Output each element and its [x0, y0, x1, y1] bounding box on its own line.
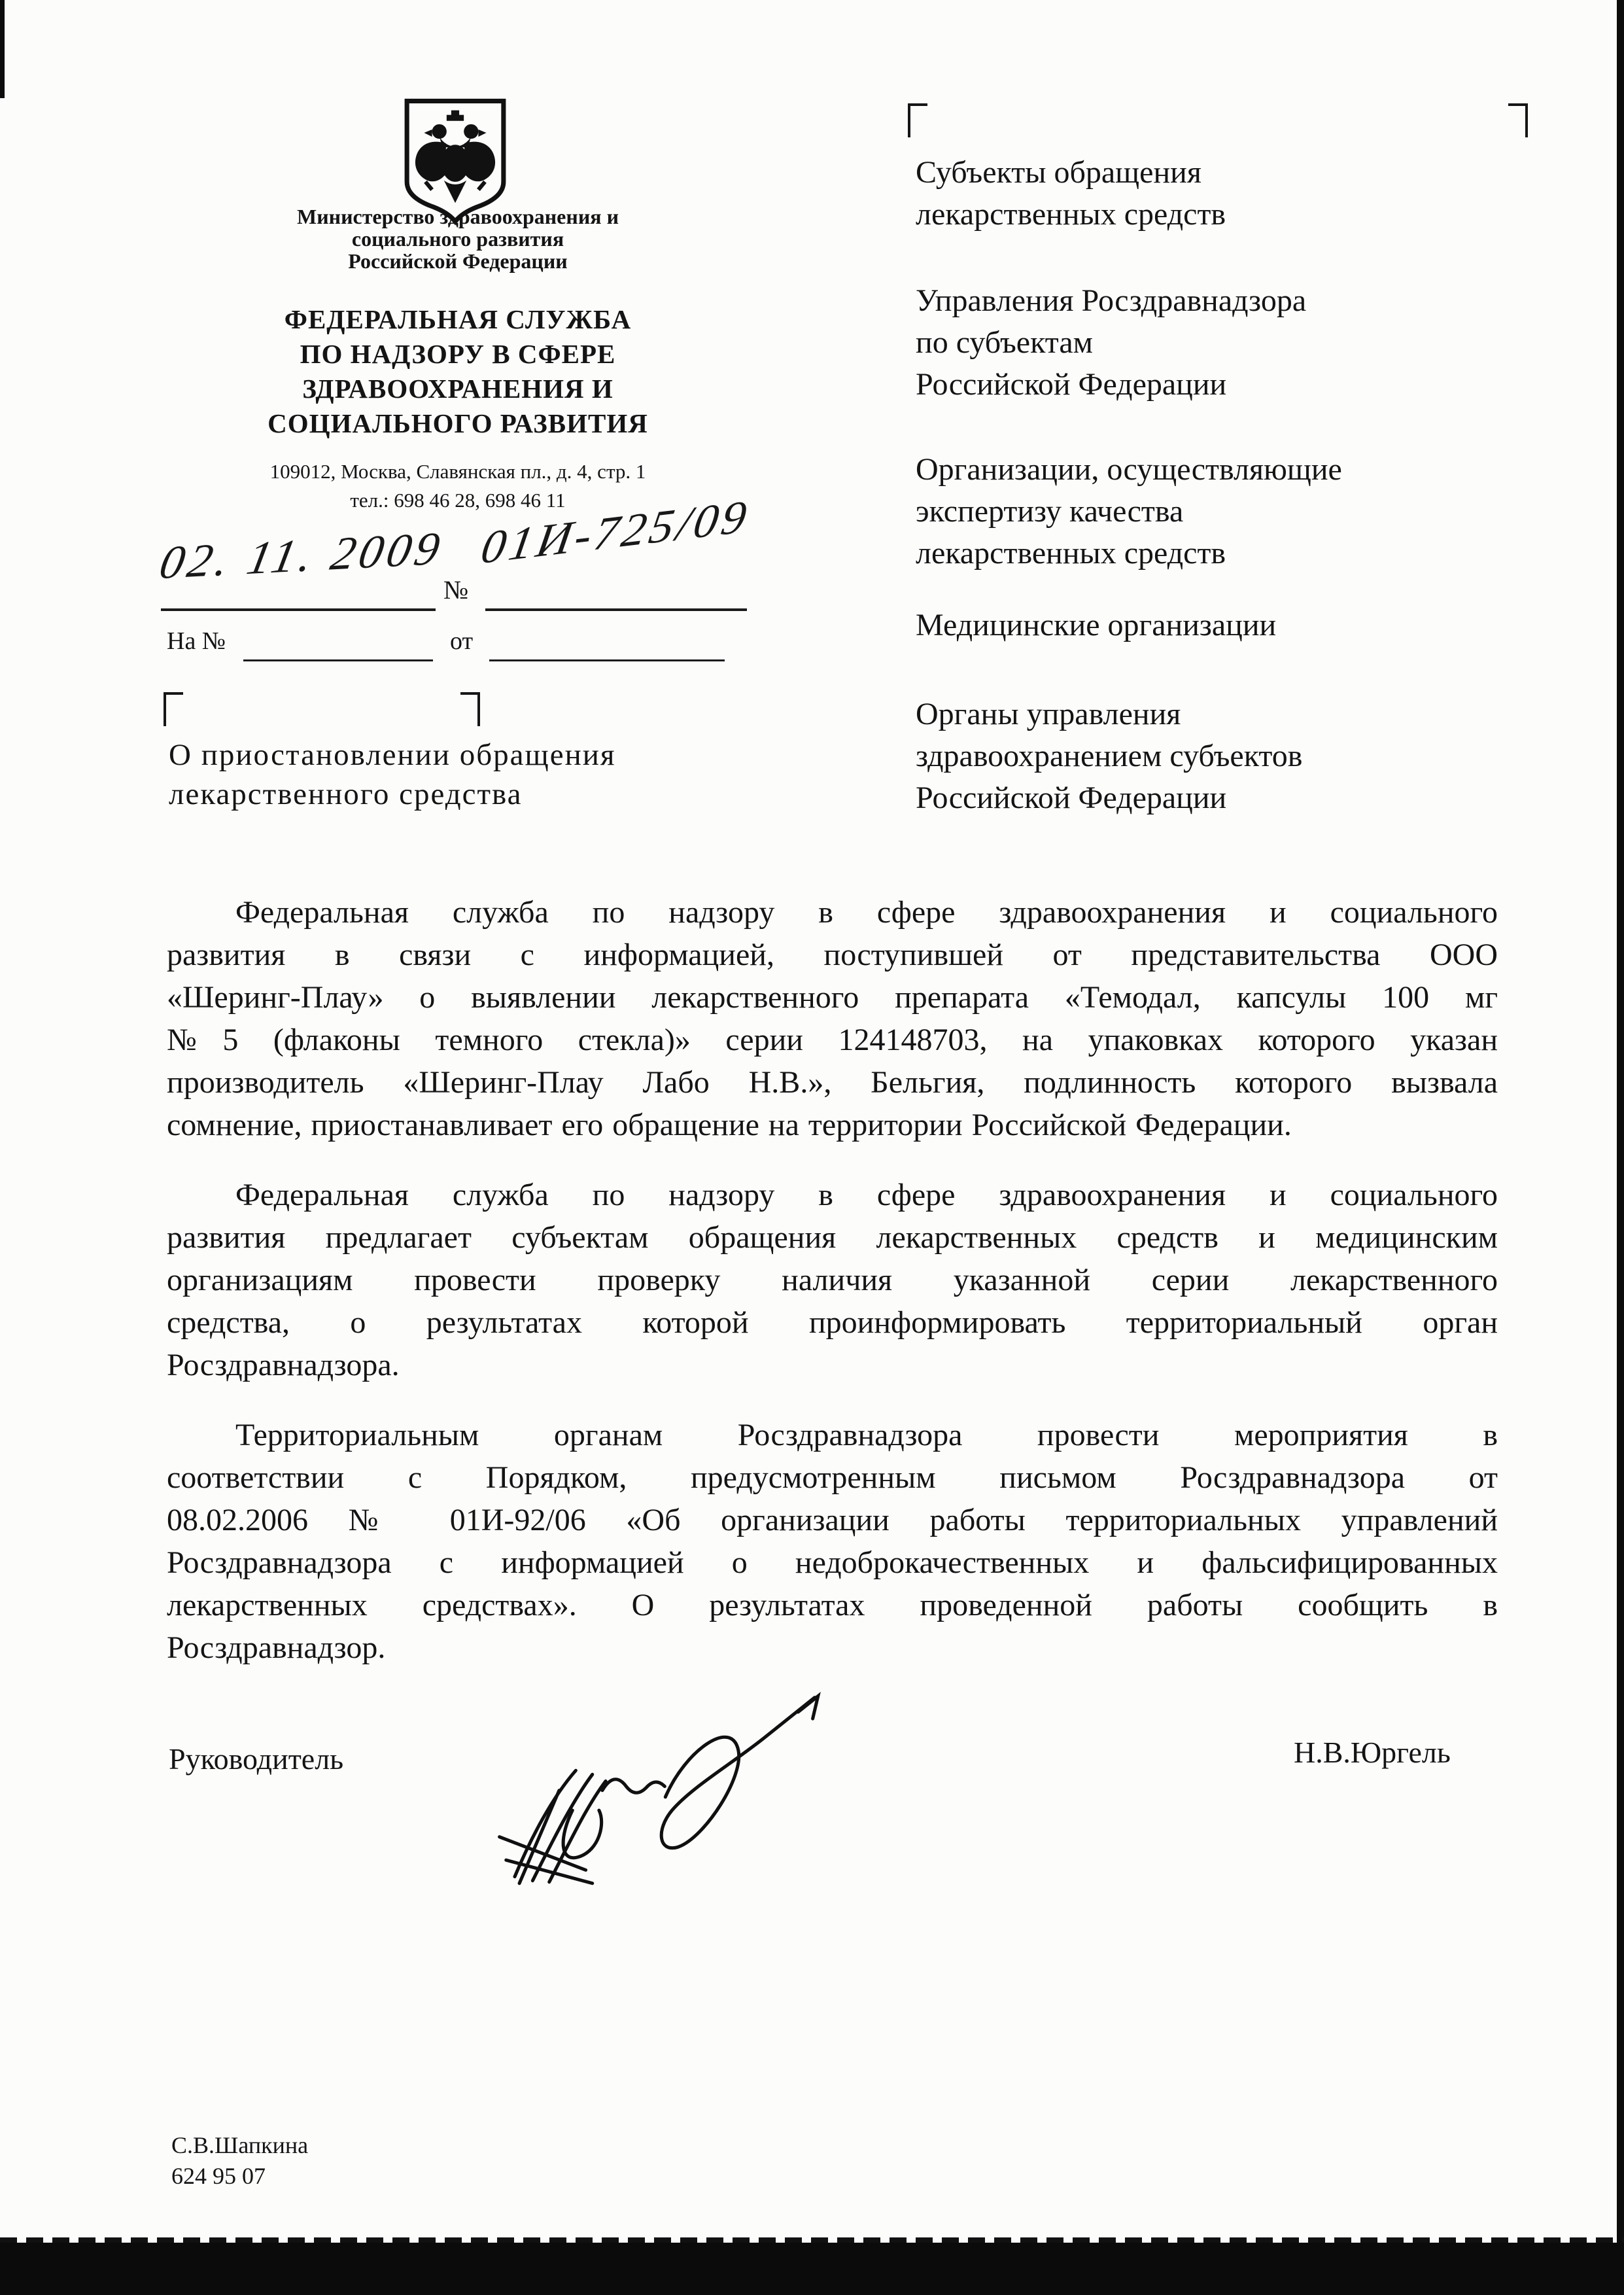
body-paragraph-line: №5 (флаконы темного стекла)» серии 12414… — [167, 1019, 1498, 1061]
body-paragraph-line: Росздравнадзор. — [167, 1626, 1498, 1669]
executor-phone: 624 95 07 — [171, 2161, 308, 2192]
body-paragraph-line: 08.02.2006 № 01И-92/06 «Об организации р… — [167, 1499, 1498, 1541]
ministry-name-line: социального развития — [150, 228, 765, 250]
scan-bottom-noise — [0, 2237, 1624, 2243]
recipient-corner-mark-right — [1508, 103, 1528, 137]
in-reply-from-label: от — [450, 627, 473, 656]
in-reply-number-blank — [243, 659, 433, 661]
recipient-block-line: Российской Федерации — [916, 364, 1524, 406]
federal-service-name: ФЕДЕРАЛЬНАЯ СЛУЖБАПО НАДЗОРУ В СФЕРЕЗДРА… — [150, 302, 765, 441]
scanned-letter-page: Министерство здравоохранения исоциальног… — [0, 0, 1624, 2295]
body-paragraph-line: организациям провести проверку наличия у… — [167, 1259, 1498, 1301]
body-paragraph-line: развития в связи с информацией, поступив… — [167, 934, 1498, 976]
federal-service-name-line: ПО НАДЗОРУ В СФЕРЕ — [150, 337, 765, 372]
recipient-block-line: Российской Федерации — [916, 777, 1524, 819]
recipient-block: Управления Росздравнадзорапо субъектамРо… — [916, 280, 1524, 406]
scan-edge-artifact-left — [0, 0, 5, 98]
executor-block: С.В.Шапкина 624 95 07 — [171, 2130, 308, 2192]
scan-bottom-bar — [0, 2243, 1624, 2295]
body-paragraph-line: средства, о результатах которой проинфор… — [167, 1301, 1498, 1344]
federal-service-name-line: СОЦИАЛЬНОГО РАЗВИТИЯ — [150, 406, 765, 441]
body-paragraph-line: лекарственных средствах». О результатах … — [167, 1584, 1498, 1626]
recipient-block-line: лекарственных средств — [916, 194, 1524, 236]
number-underline — [485, 608, 747, 611]
letter-subject-line: О приостановлении обращения — [169, 735, 810, 775]
in-reply-date-blank — [489, 659, 725, 661]
recipient-block-line: экспертизу качества — [916, 491, 1524, 533]
recipient-block-line: Медицинские организации — [916, 604, 1524, 646]
body-paragraph-line: Федеральная служба по надзору в сфере зд… — [167, 1174, 1498, 1216]
body-paragraph-line: Росздравнадзора с информацией о недоброк… — [167, 1541, 1498, 1584]
russia-coat-of-arms-icon — [399, 97, 511, 226]
number-sign-label: № — [443, 574, 468, 605]
letter-subject: О приостановлении обращениялекарственног… — [169, 735, 810, 814]
handwritten-signature — [451, 1670, 850, 1895]
letter-body: Федеральная служба по надзору в сфере зд… — [167, 891, 1498, 1696]
recipient-block-line: по субъектам — [916, 322, 1524, 364]
scan-edge-artifact-right — [1617, 0, 1624, 2295]
body-paragraph-line: Территориальным органам Росздравнадзора … — [167, 1414, 1498, 1456]
body-paragraph-line: соответствии с Порядком, предусмотренным… — [167, 1456, 1498, 1499]
recipient-block-line: здравоохранением субъектов — [916, 735, 1524, 777]
recipient-block-line: лекарственных средств — [916, 533, 1524, 574]
ministry-name-line: Российской Федерации — [150, 250, 765, 272]
body-paragraph-line: сомнение, приостанавливает его обращение… — [167, 1104, 1498, 1146]
signer-name: Н.В.Юргель — [1294, 1735, 1451, 1770]
recipient-block-line: Субъекты обращения — [916, 152, 1524, 194]
recipient-corner-mark-left — [908, 103, 927, 137]
body-paragraph: Федеральная служба по надзору в сфере зд… — [167, 891, 1498, 1146]
recipient-block: Организации, осуществляющиеэкспертизу ка… — [916, 449, 1524, 574]
subject-corner-mark-left — [164, 692, 183, 726]
federal-service-name-line: ЗДРАВООХРАНЕНИЯ И — [150, 372, 765, 406]
body-paragraph-line: Федеральная служба по надзору в сфере зд… — [167, 891, 1498, 934]
signer-position-label: Руководитель — [169, 1742, 343, 1776]
recipient-block: Органы управленияздравоохранением субъек… — [916, 693, 1524, 819]
in-reply-to-label: На № — [167, 627, 226, 656]
subject-corner-mark-right — [460, 692, 480, 726]
executor-name: С.В.Шапкина — [171, 2130, 308, 2161]
body-paragraph-line: Росздравнадзора. — [167, 1344, 1498, 1386]
body-paragraph-line: «Шеринг-Плау» о выявлении лекарственного… — [167, 976, 1498, 1019]
body-paragraph-line: развития предлагает субъектам обращения … — [167, 1216, 1498, 1259]
recipient-block: Субъекты обращениялекарственных средств — [916, 152, 1524, 236]
date-underline — [161, 608, 436, 611]
body-paragraph-line: производитель «Шеринг-Плау Лабо Н.В.», Б… — [167, 1061, 1498, 1104]
letterhead-address: 109012, Москва, Славянская пл., д. 4, ст… — [150, 459, 765, 484]
recipient-block-line: Органы управления — [916, 693, 1524, 735]
recipient-block: Медицинские организации — [916, 604, 1524, 646]
handwritten-date: 02. 11. 2009 — [155, 521, 448, 590]
federal-service-name-line: ФЕДЕРАЛЬНАЯ СЛУЖБА — [150, 302, 765, 337]
letter-subject-line: лекарственного средства — [169, 775, 810, 814]
recipient-block-line: Управления Росздравнадзора — [916, 280, 1524, 322]
recipient-block-line: Организации, осуществляющие — [916, 449, 1524, 491]
body-paragraph: Федеральная служба по надзору в сфере зд… — [167, 1174, 1498, 1386]
body-paragraph: Территориальным органам Росздравнадзора … — [167, 1414, 1498, 1669]
